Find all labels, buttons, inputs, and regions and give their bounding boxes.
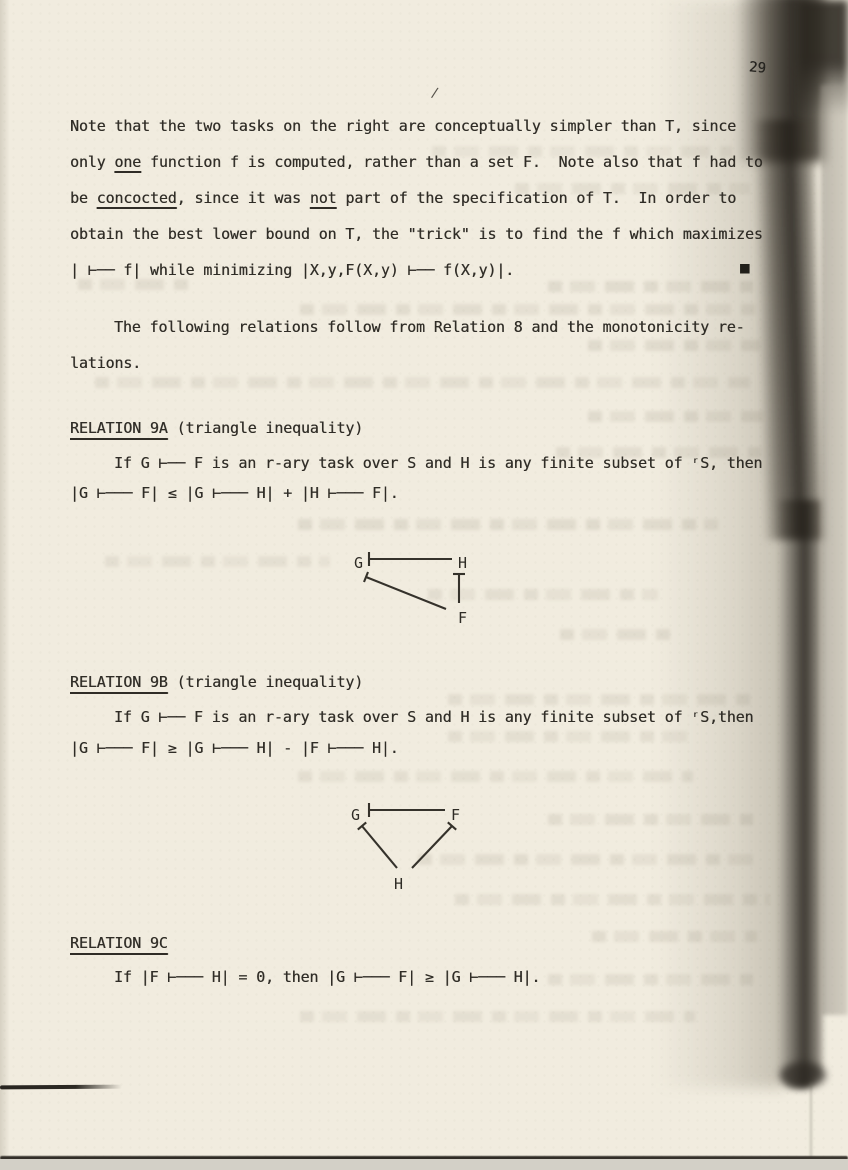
bleed-through-artifact xyxy=(548,974,753,985)
relation-9a-title-note: (triangle inequality) xyxy=(168,419,363,437)
left-edge-shade xyxy=(0,0,10,1170)
edge-g-h xyxy=(362,826,397,868)
underlined-word-concocted: concocted xyxy=(97,189,177,207)
p1l3-pre: be xyxy=(70,189,97,207)
relation-9a-heading: RELATION 9A (triangle inequality) xyxy=(70,420,363,438)
stray-slash-mark: / xyxy=(430,86,440,102)
bleed-through-artifact xyxy=(448,694,753,705)
paragraph2-line1: The following relations follow from Rela… xyxy=(70,319,745,337)
bleed-through-artifact xyxy=(588,340,760,351)
underlined-word-not: not xyxy=(310,189,337,207)
relation-9b-heading: RELATION 9B (triangle inequality) xyxy=(70,674,363,692)
node-label-h: H xyxy=(458,554,467,572)
bleed-through-artifact xyxy=(78,279,188,290)
bleed-through-artifact xyxy=(548,814,753,825)
relation-9b-body1: If G ⊢── F is an r-ary task over S and H… xyxy=(70,709,753,727)
scanner-background-strip xyxy=(0,1159,848,1170)
qed-square: ■ xyxy=(740,258,750,277)
relation-9b-title: RELATION 9B xyxy=(70,673,168,691)
node-label-f: F xyxy=(451,806,460,824)
relation-9a-title: RELATION 9A xyxy=(70,419,168,437)
edge-f-h xyxy=(412,826,452,868)
p1l3-mid: , since it was xyxy=(177,189,310,207)
p1l3-post: part of the specification of T. In order… xyxy=(336,189,736,207)
bleed-through-artifact xyxy=(588,411,763,422)
bleed-through-artifact xyxy=(298,519,718,530)
bleed-through-artifact xyxy=(548,281,753,292)
node-label-g: G xyxy=(351,806,360,824)
page-number: 29 xyxy=(748,59,766,76)
binding-shadow-foot xyxy=(780,1062,826,1088)
paragraph1-line5: | ⊢── f| while minimizing |X,y,F(X,y) ⊢─… xyxy=(70,262,514,280)
paragraph2-line2: lations. xyxy=(70,355,141,373)
edge-g-f xyxy=(366,577,446,609)
node-label-g: G xyxy=(354,554,363,572)
footer-rule-line xyxy=(0,1085,122,1090)
scanned-paper-page: 29 / Note that the two tasks on the righ… xyxy=(0,0,848,1170)
bleed-through-artifact xyxy=(105,556,330,567)
relation-9b-formula: |G ⊢─── F| ≥ |G ⊢─── H| - |F ⊢─── H|. xyxy=(70,740,399,758)
bleed-through-artifact xyxy=(300,304,755,315)
bleed-through-artifact xyxy=(592,931,757,942)
page-crease-line xyxy=(810,1082,812,1160)
paragraph1-line4: obtain the best lower bound on T, the "t… xyxy=(70,226,763,244)
paragraph1-line3: be concocted, since it was not part of t… xyxy=(70,190,736,208)
bleed-through-artifact xyxy=(298,771,693,782)
node-label-h: H xyxy=(394,875,403,893)
p1l2-post: function f is computed, rather than a se… xyxy=(141,153,763,171)
relation-9c-body1: If |F ⊢─── H| = 0, then |G ⊢─── F| ≥ |G … xyxy=(70,969,540,987)
relation-9a-body1: If G ⊢── F is an r-ary task over S and H… xyxy=(70,455,762,473)
binding-shadow-band-bottom xyxy=(776,500,822,1088)
relation-9b-title-note: (triangle inequality) xyxy=(168,673,363,691)
relation-9a-diagram: G H F xyxy=(338,543,518,638)
binding-shadow-band-mid xyxy=(752,120,826,540)
relation-9a-formula: |G ⊢─── F| ≤ |G ⊢─── H| + |H ⊢─── F|. xyxy=(70,485,399,503)
relation-9c-title: RELATION 9C xyxy=(70,934,168,952)
underlined-word-one: one xyxy=(114,153,141,171)
p1l2-pre: only xyxy=(70,153,114,171)
paragraph1-line2: only one function f is computed, rather … xyxy=(70,154,763,172)
relation-9c-heading: RELATION 9C xyxy=(70,935,168,953)
bleed-through-artifact xyxy=(95,377,750,388)
paragraph1-line1: Note that the two tasks on the right are… xyxy=(70,118,736,136)
bleed-through-artifact xyxy=(455,894,770,905)
bleed-through-artifact xyxy=(560,629,675,640)
bleed-through-artifact xyxy=(448,731,693,742)
page-edge-gray-strip xyxy=(821,85,848,1015)
bleed-through-artifact xyxy=(300,1011,695,1022)
relation-9b-diagram: G F H xyxy=(333,796,493,901)
node-label-f: F xyxy=(458,609,467,627)
